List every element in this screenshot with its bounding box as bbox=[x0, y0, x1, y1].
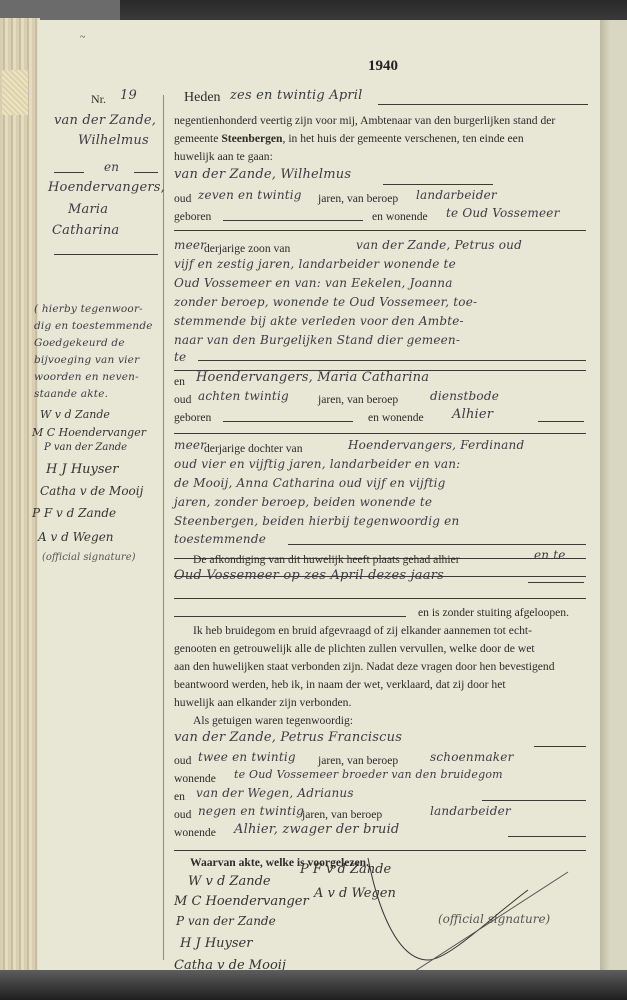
marriage-date: zes en twintig April bbox=[230, 88, 363, 103]
rule bbox=[174, 433, 586, 434]
margin-note-line: bijvoeging van vier bbox=[34, 354, 139, 366]
jaren-beroep-label: jaren, van beroep bbox=[302, 808, 382, 821]
groom-parents: te bbox=[174, 350, 186, 364]
signature: W v d Zande bbox=[188, 874, 271, 889]
bride-name: Hoendervangers, Maria Catharina bbox=[196, 370, 429, 385]
rule bbox=[174, 230, 586, 231]
jaren-beroep-label: jaren, van beroep bbox=[318, 192, 398, 205]
rule bbox=[54, 254, 158, 255]
binding-tab bbox=[2, 70, 28, 115]
witness1-name: van der Zande, Petrus Franciscus bbox=[174, 730, 402, 745]
margin-bride-given-1: Maria bbox=[68, 202, 108, 217]
margin-signature: P van der Zande bbox=[44, 442, 127, 453]
rule bbox=[482, 800, 586, 801]
bride-parents: jaren, zonder beroep, beiden wonende te bbox=[174, 495, 432, 509]
bride-parents: Hoendervangers, Ferdinand bbox=[348, 438, 524, 452]
announcement-place: en te bbox=[534, 548, 566, 562]
signature: M C Hoendervanger bbox=[174, 894, 309, 909]
margin-note-line: woorden en neven- bbox=[34, 371, 139, 383]
text-line: huwelijk aan te gaan: bbox=[174, 150, 273, 163]
vows-text: beantwoord werden, heb ik, in naam der w… bbox=[174, 678, 506, 691]
margin-note-line: dig en toestemmende bbox=[34, 320, 153, 332]
witness1-occupation: schoenmaker bbox=[430, 750, 514, 764]
meer-continuation: meer bbox=[174, 238, 206, 252]
rule bbox=[538, 421, 584, 422]
binder-bottom-edge bbox=[0, 970, 627, 1000]
bride-age: achten twintig bbox=[198, 389, 289, 403]
dochter-label: derjarige dochter van bbox=[204, 442, 303, 455]
margin-signature: M C Hoendervanger bbox=[32, 426, 146, 439]
text-line: gemeente Steenbergen, in het huis der ge… bbox=[174, 132, 524, 145]
margin-groom-given: Wilhelmus bbox=[78, 133, 149, 148]
bride-parents: de Mooij, Anna Catharina oud vijf en vij… bbox=[174, 476, 446, 490]
groom-parents: zonder beroep, wonende te Oud Vossemeer,… bbox=[174, 295, 477, 309]
facing-page bbox=[600, 20, 627, 975]
margin-signature: Catha v de Mooij bbox=[40, 484, 143, 498]
groom-occupation: landarbeider bbox=[416, 188, 497, 202]
bride-occupation: dienstbode bbox=[430, 389, 499, 403]
register-page: ~ 1940 Nr. 19 van der Zande, Wilhelmus e… bbox=[38, 20, 600, 970]
margin-signature: P F v d Zande bbox=[32, 506, 116, 520]
groom-residence: te Oud Vossemeer bbox=[446, 206, 560, 220]
wonende-label: wonende bbox=[174, 826, 216, 839]
wonende-label: wonende bbox=[174, 772, 216, 785]
geboren-label: geboren bbox=[174, 210, 211, 223]
page-year: 1940 bbox=[368, 58, 398, 75]
oud-label: oud bbox=[174, 754, 191, 767]
text: , in het huis der gemeente verschenen, t… bbox=[283, 132, 524, 145]
geboren-label: geboren bbox=[174, 411, 211, 424]
signature: P van der Zande bbox=[176, 914, 276, 928]
rule bbox=[198, 360, 586, 361]
witness2-name: van der Wegen, Adrianus bbox=[196, 786, 354, 800]
record-number-label: Nr. bbox=[91, 92, 106, 107]
zoon-label: derjarige zoon van bbox=[204, 242, 290, 255]
vows-text: Ik heb bruidegom en bruid afgevraagd of … bbox=[193, 624, 532, 637]
margin-bride-given-2: Catharina bbox=[52, 223, 119, 238]
bride-parents: Steenbergen, beiden hierbij tegenwoordig… bbox=[174, 514, 459, 528]
signature: H J Huyser bbox=[180, 936, 252, 951]
heden-label: Heden bbox=[184, 90, 221, 106]
vows-text: huwelijk aan elkander zijn verbonden. bbox=[174, 696, 351, 709]
text: gemeente bbox=[174, 132, 218, 145]
text-line: negentienhonderd veertig zijn voor mij, … bbox=[174, 114, 555, 127]
witness1-residence: te Oud Vossemeer broeder van den bruideg… bbox=[234, 768, 503, 781]
announcement-end: en is zonder stuiting afgeloopen. bbox=[418, 606, 569, 619]
record-number: 19 bbox=[120, 88, 137, 103]
witnesses-label: Als getuigen waren tegenwoordig: bbox=[193, 714, 353, 727]
official-signature-flourish bbox=[338, 850, 578, 980]
groom-parents: stemmende bij akte verleden voor den Amb… bbox=[174, 314, 464, 328]
en-label: en bbox=[174, 790, 185, 803]
announcement-place: Oud Vossemeer op zes April dezes jaars bbox=[174, 568, 444, 583]
witness2-residence: Alhier, zwager der bruid bbox=[234, 822, 399, 837]
groom-parents: vijf en zestig jaren, landarbeider wonen… bbox=[174, 257, 456, 271]
en-wonende-label: en wonende bbox=[372, 210, 428, 223]
witness2-age: negen en twintig bbox=[198, 804, 304, 818]
margin-note-line: ( hierby tegenwoor- bbox=[34, 303, 143, 315]
witness2-occupation: landarbeider bbox=[430, 804, 511, 818]
margin-conjunction: en bbox=[104, 160, 119, 174]
rule bbox=[223, 421, 353, 422]
margin-divider bbox=[163, 95, 164, 960]
binder-clip bbox=[0, 0, 120, 20]
margin-official-signature: (official signature) bbox=[42, 552, 136, 563]
rule bbox=[508, 836, 586, 837]
rule bbox=[378, 104, 588, 105]
rule bbox=[54, 172, 84, 173]
witness1-age: twee en twintig bbox=[198, 750, 296, 764]
oud-label: oud bbox=[174, 393, 191, 406]
groom-parents: naar van den Burgelijken Stand dier geme… bbox=[174, 333, 460, 347]
rule bbox=[528, 582, 584, 583]
jaren-beroep-label: jaren, van beroep bbox=[318, 393, 398, 406]
margin-groom-surname: van der Zande, bbox=[54, 113, 156, 128]
rule bbox=[383, 184, 493, 185]
margin-note-line: staande akte. bbox=[34, 388, 108, 400]
municipality: Steenbergen bbox=[221, 132, 282, 145]
announcement-text: De afkondiging van dit huwelijk heeft pl… bbox=[193, 553, 460, 566]
groom-age: zeven en twintig bbox=[198, 188, 302, 202]
margin-signature: A v d Wegen bbox=[38, 530, 114, 544]
jaren-beroep-label: jaren, van beroep bbox=[318, 754, 398, 767]
bride-residence: Alhier bbox=[452, 407, 493, 422]
groom-parents: Oud Vossemeer en van: van Eekelen, Joann… bbox=[174, 276, 453, 290]
binder-top-edge bbox=[0, 0, 627, 22]
meer-continuation: meer bbox=[174, 438, 206, 452]
margin-bride-surname: Hoendervangers, bbox=[48, 180, 165, 195]
vows-text: aan den huwelijken staat verbonden zijn.… bbox=[174, 660, 555, 673]
margin-signature: H J Huyser bbox=[46, 462, 118, 477]
margin-signature: W v d Zande bbox=[40, 408, 110, 421]
bride-parents: oud vier en vijftig jaren, landarbeider … bbox=[174, 457, 460, 471]
groom-name: van der Zande, Wilhelmus bbox=[174, 167, 351, 182]
page-gutter bbox=[600, 20, 610, 975]
rule bbox=[223, 220, 363, 221]
rule bbox=[174, 616, 406, 617]
en-label: en bbox=[174, 375, 185, 388]
corner-mark: ~ bbox=[80, 32, 85, 43]
bride-parents: toestemmende bbox=[174, 532, 266, 546]
rule bbox=[534, 746, 586, 747]
groom-parents: van der Zande, Petrus oud bbox=[356, 238, 522, 252]
rule bbox=[288, 544, 586, 545]
en-wonende-label: en wonende bbox=[368, 411, 424, 424]
margin-note-line: Goedgekeurd de bbox=[34, 337, 125, 349]
vows-text: genooten en getrouwelijk alle de plichte… bbox=[174, 642, 535, 655]
oud-label: oud bbox=[174, 808, 191, 821]
rule bbox=[134, 172, 158, 173]
page-edge-stack bbox=[0, 18, 40, 978]
oud-label: oud bbox=[174, 192, 191, 205]
rule bbox=[174, 598, 586, 599]
